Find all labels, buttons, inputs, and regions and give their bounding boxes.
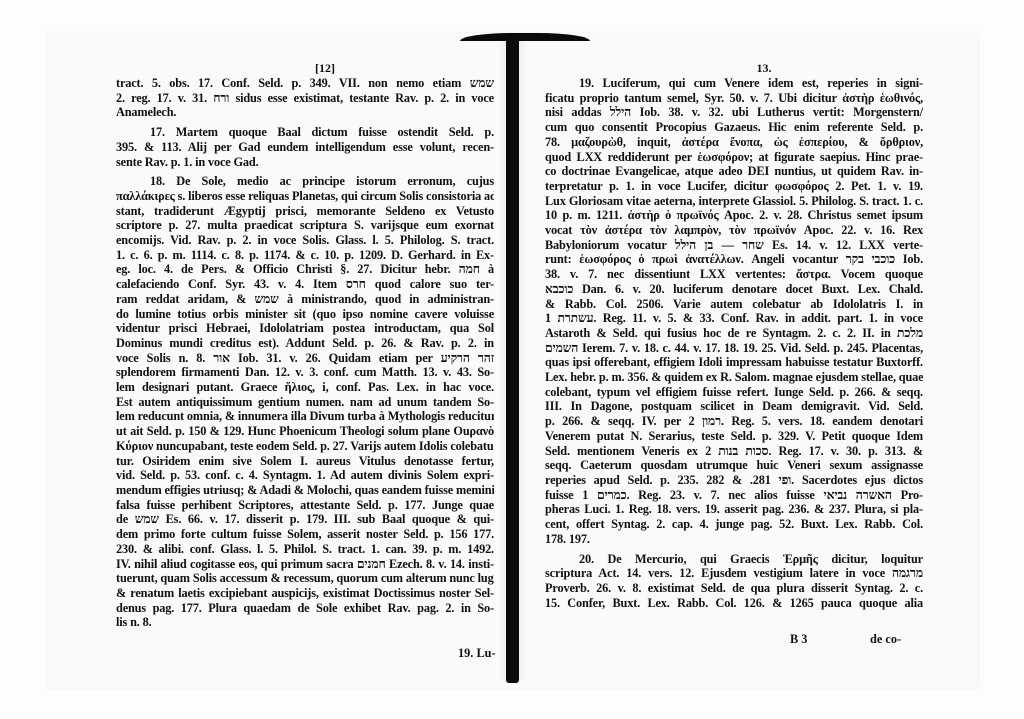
text-line: 19. Luciferum, qui cum Venere idem est, …	[545, 76, 923, 91]
text-line: p. 266. & seqq. IV. per רמון 2. Reg. 5. …	[545, 414, 923, 429]
text-line: Lux Gloriosam vitae aeterna, interprete …	[545, 194, 923, 209]
text-line: 38. v. 7. nec dissentiunt LXX vertentes:…	[545, 267, 923, 282]
text-line: 230. & alibi. conf. Glass. l. 5. Philol.…	[116, 542, 494, 557]
text-line: IV. nihil aliud cogitasse eos, qui primu…	[116, 557, 494, 572]
text-line: 1. c. 6. p. m. 1114. c. 8. p. 1174. & c.…	[116, 248, 494, 263]
book-spine	[506, 38, 519, 683]
text-line: ficatu proprio tantum semel, Syr. 50. v.…	[545, 91, 923, 106]
right-page: 13. 19. Luciferum, qui cum Venere idem e…	[545, 62, 923, 610]
text-line: scriptura Act. 14. vers. 12. Ejusdem ves…	[545, 566, 923, 581]
text-line: השמים Ierem. 7. v. 18. c. 44. v. 17. 18.…	[545, 341, 923, 356]
text-line: stant, tradiderunt Ægyptij prisci, memor…	[116, 204, 494, 219]
text-line: dem primo forte cultum fuisse Solem, ass…	[116, 527, 494, 542]
text-line: cum quo consentit Procopius Gazaeus. Hic…	[545, 120, 923, 135]
text-line: mendum effigies utriusq; & Adadi & Moloc…	[116, 483, 494, 498]
text-line: 395. & 113. Alij per Gad eundem intellig…	[116, 140, 494, 155]
text-line: ut ait Seld. p. 150 & 129. Hunc Phoenicu…	[116, 424, 494, 439]
right-catchword: de co-	[870, 632, 901, 647]
left-catchword: 19. Lu-	[458, 646, 496, 661]
text-line: quas ipsi offerebant, effigiem Idoli imp…	[545, 355, 923, 370]
text-line: encomijs. Vid. Rav. p. 2. in voce Solis.…	[116, 233, 494, 248]
text-line: & renatum laetis excipiebant auspicijs, …	[116, 586, 494, 601]
text-line: co doctrinae Evangelicae, atque adeo DEI…	[545, 164, 923, 179]
text-line: vid. Seld. p. 53. conf. c. 4. Syntagm. 1…	[116, 468, 494, 483]
text-line: pheras Luci. 1. Reg. 18. vers. 19. asser…	[545, 502, 923, 517]
text-line: sente Rav. p. 1. in voce Gad.	[116, 155, 494, 170]
text-line: 18. De Sole, medio ac principe istorum e…	[116, 174, 494, 189]
text-line: quod LXX reddiderunt per ἑωσφόρον; at fi…	[545, 150, 923, 165]
text-line: Lex. hebr. p. m. 356. & quidem ex R. Sal…	[545, 370, 923, 385]
text-line: III. In Dagone, postquam scilicet in Dea…	[545, 399, 923, 414]
text-line: lem designari putant. Graece ἥλιος, i, c…	[116, 380, 494, 395]
text-line: scriptore p. 27. multa praedicat scriptu…	[116, 218, 494, 233]
text-line: Dominus mundi creditus est). Addunt Seld…	[116, 336, 494, 351]
text-line: 10 p. m. 1211. ἀστὴρ ὁ πρωϊνός Apoc. 2. …	[545, 208, 923, 223]
text-line: כוכבא Dan. 6. v. 20. luciferum denotare …	[545, 282, 923, 297]
text-line: tract. 5. obs. 17. Conf. Seld. p. 349. V…	[116, 76, 494, 91]
text-line: nisi addas הילל Iob. 38. v. 32. ubi Luth…	[545, 105, 923, 120]
signature-mark: B 3	[790, 632, 807, 647]
text-line: lem reducunt omnia, & innumera illa Divu…	[116, 409, 494, 424]
text-line: eg. loc. 4. de Pers. & Officio Christi §…	[116, 262, 494, 277]
text-line: 78. μαζουρὼθ, inquit, ἀστέρα ἔνοπα, ὡς ἑ…	[545, 135, 923, 150]
text-line: עשתרת 1. Reg. 11. v. 5. & 33. Conf. Rav.…	[545, 311, 923, 326]
text-line: seqq. Caeterum quosdam utrumque huic Ven…	[545, 458, 923, 473]
text-line: 2. reg. 17. v. 31. ורח sidus esse existi…	[116, 91, 494, 106]
text-line: colebant, typum vel effigiem fuisse refe…	[545, 385, 923, 400]
text-line: 20. De Mercurio, qui Graecis Ἑρμῆς dicit…	[545, 552, 923, 567]
text-line: παλλάκιρες s. liberos esse reliquas Plan…	[116, 189, 494, 204]
binding-top-edge	[460, 33, 590, 41]
right-page-text: 19. Luciferum, qui cum Venere idem est, …	[545, 76, 923, 610]
right-page-number: 13.	[545, 62, 923, 75]
scanned-book-spread: [12] tract. 5. obs. 17. Conf. Seld. p. 3…	[0, 0, 1024, 719]
text-line: voce Solis n. 8. אור Iob. 31. v. 26. Qui…	[116, 351, 494, 366]
left-page-text: tract. 5. obs. 17. Conf. Seld. p. 349. V…	[116, 76, 494, 630]
text-line: vocat τὸν ἀστέρα τὸν λαμπρὸν, τὸν πρωϊνό…	[545, 223, 923, 238]
text-line: 15. Confer, Buxt. Lex. Rabb. Col. 126. &…	[545, 596, 923, 611]
text-line: fuisse כמרים 1. Reg. 23. v. 7. nec alios…	[545, 488, 923, 503]
text-line: calefaciendo Conf. Syr. 43. v. 4. Item ח…	[116, 277, 494, 292]
text-line: Κύριον nuncupabant, teste eodem Seld. p.…	[116, 439, 494, 454]
text-line: lis n. 8.	[116, 615, 494, 630]
text-line: denus pag. 177. Plura quaedam de Sole ex…	[116, 601, 494, 616]
text-line: falsa fuisse perhibent Scriptores, attes…	[116, 498, 494, 513]
text-line: terpretatur p. 1. in voce Lucifer, dicit…	[545, 179, 923, 194]
text-line: tur. Osiridem enim sive Solem I. aureus …	[116, 454, 494, 469]
text-line: 17. Martem quoque Baal dictum fuisse ost…	[116, 125, 494, 140]
text-line: runt: ἑωσφόρος ὁ πρωὶ ἀνατέλλων. Angeli …	[545, 252, 923, 267]
text-line: Est autem antiquissimum gentium numen. n…	[116, 395, 494, 410]
text-line: tuerunt, quam Solis accessum & recessum,…	[116, 571, 494, 586]
text-line: Anamelech.	[116, 105, 494, 120]
text-line: de שמש Es. 66. v. 17. disserit p. 179. I…	[116, 512, 494, 527]
text-line: Proverb. 26. v. 8. existimat Seld. de qu…	[545, 581, 923, 596]
text-line: do lumine totius orbis minister sit (quo…	[116, 307, 494, 322]
text-line: Babyloniorum vocatur שחר — בן הילל Es. 1…	[545, 238, 923, 253]
text-line: ram reddat aridam, & שמש à ministrando, …	[116, 292, 494, 307]
left-page-number: [12]	[116, 62, 494, 75]
text-line: 178. 197.	[545, 532, 923, 547]
text-line: cent, offert Syntag. 2. cap. 4. junge pa…	[545, 517, 923, 532]
text-line: splendorem firmamenti Dan. 12. v. 3. con…	[116, 365, 494, 380]
text-line: videntur prisci Hebraei, Idololatriam po…	[116, 321, 494, 336]
text-line: Seld. mentionem Veneris ex סכות בנות 2. …	[545, 444, 923, 459]
text-line: reperies apud Seld. p. 235. ופי 281. & 2…	[545, 473, 923, 488]
left-page: [12] tract. 5. obs. 17. Conf. Seld. p. 3…	[116, 62, 494, 630]
text-line: & Rabb. Col. 2506. Varie autem colebatur…	[545, 297, 923, 312]
text-line: Venerem putat N. Serarius, teste Seld. p…	[545, 429, 923, 444]
text-line: Astaroth & Seld. qui fusius hoc de re Sy…	[545, 326, 923, 341]
